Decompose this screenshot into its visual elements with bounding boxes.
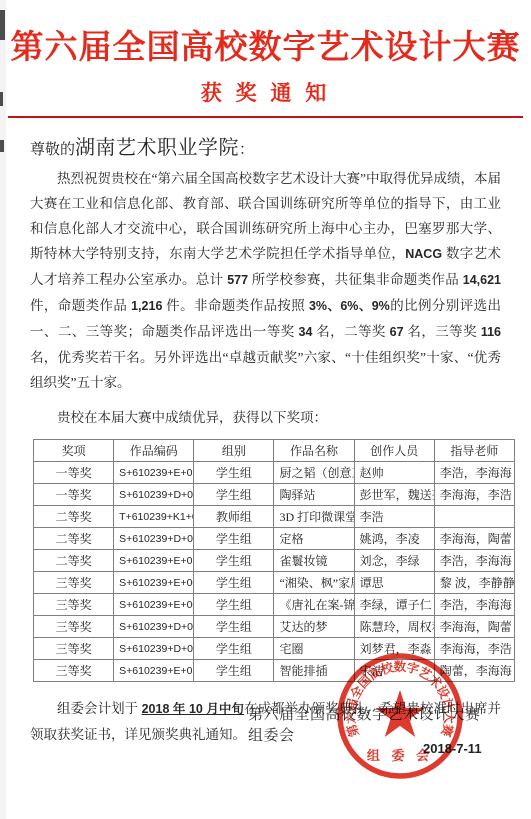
table-row: 二等奖S+610239+E+011学生组雀鬟妆镜刘念，李绿李浩，李海海 bbox=[34, 550, 515, 572]
awards-table-header: 奖项 作品编码 组别 作品名称 创作人员 指导老师 bbox=[34, 440, 515, 462]
table-cell: 陶驿站 bbox=[274, 484, 354, 506]
official-seal: 第六届全国高校数字艺术设计大赛 组 委 会 bbox=[330, 646, 470, 786]
table-cell: 李浩，李海海 bbox=[434, 462, 514, 484]
table-cell: 三等奖 bbox=[34, 660, 114, 682]
col-header-creators: 创作人员 bbox=[354, 440, 434, 462]
table-cell: 赵帅 bbox=[354, 462, 434, 484]
table-cell: 三等奖 bbox=[34, 616, 114, 638]
text-segment: 所学校参赛，共征集非命题类作品 bbox=[248, 272, 463, 287]
table-row: 三等奖S+610239+E+007学生组《唐礼在案-锦锦有味》喜糖礼品套装李绿，… bbox=[34, 594, 515, 616]
col-header-group: 组别 bbox=[194, 440, 274, 462]
table-cell: S+610239+E+016 bbox=[114, 660, 194, 682]
table-cell: 三等奖 bbox=[34, 594, 114, 616]
scan-edge-strip bbox=[0, 0, 6, 819]
table-row: 二等奖S+610239+D+008学生组定格姚鸿，李凌李海海，陶蕾 bbox=[34, 528, 515, 550]
table-cell: 一等奖 bbox=[34, 462, 114, 484]
table-cell: 彭世军，魏送芬 bbox=[354, 484, 434, 506]
seal-star-icon bbox=[375, 690, 424, 737]
table-cell: 学生组 bbox=[194, 638, 274, 660]
table-cell: 定格 bbox=[274, 528, 354, 550]
closing-pre: 组委会计划于 bbox=[57, 701, 142, 716]
text-segment: 67 bbox=[390, 325, 404, 339]
table-cell: 谭思 bbox=[354, 572, 434, 594]
greeting-colon: ： bbox=[239, 142, 254, 158]
table-cell: S+610239+D+005 bbox=[114, 638, 194, 660]
table-cell: 黎 波，李静静 bbox=[434, 572, 514, 594]
text-segment: 577 bbox=[227, 273, 248, 287]
table-cell: 李海海，陶蕾 bbox=[434, 616, 514, 638]
table-row: 二等奖T+610239+K1+001教师组3D 打印微课堂——理线器创新设计验证… bbox=[34, 506, 515, 528]
text-segment: 件，命题类作品 bbox=[30, 298, 131, 313]
table-row: 一等奖S+610239+D+003学生组陶驿站彭世军，魏送芬李海海，李浩 bbox=[34, 484, 515, 506]
table-cell: 学生组 bbox=[194, 572, 274, 594]
table-cell: 李海海，李浩 bbox=[434, 484, 514, 506]
col-header-advisors: 指导老师 bbox=[434, 440, 514, 462]
text-segment: 件。非命题类作品按照 bbox=[162, 298, 309, 313]
scan-artifact bbox=[0, 140, 4, 152]
text-segment: 1,216 bbox=[131, 299, 162, 313]
table-cell: 李绿，谭子仁 bbox=[354, 594, 434, 616]
table-cell: 二等奖 bbox=[34, 528, 114, 550]
table-cell: 李浩，李海海 bbox=[434, 594, 514, 616]
table-cell: S+610239+E+011 bbox=[114, 550, 194, 572]
text-segment: 116 bbox=[481, 325, 501, 339]
ceremony-date: 2018 年 10 月中旬 bbox=[142, 702, 244, 716]
col-header-work: 作品名称 bbox=[274, 440, 354, 462]
greeting-prefix: 尊敬的 bbox=[30, 142, 75, 158]
table-cell: 三等奖 bbox=[34, 572, 114, 594]
table-cell: 学生组 bbox=[194, 528, 274, 550]
table-cell: S+610239+E+003 bbox=[114, 572, 194, 594]
text-segment: 3%、6%、9% bbox=[309, 299, 390, 313]
text-segment: NACG bbox=[405, 247, 442, 261]
table-cell: 李海海，陶蕾 bbox=[434, 528, 514, 550]
table-cell: 学生组 bbox=[194, 484, 274, 506]
seal-bottom-text: 组 委 会 bbox=[367, 748, 433, 763]
table-cell bbox=[434, 506, 514, 528]
greeting-line: 尊敬的湖南艺术职业学院： bbox=[30, 131, 501, 160]
table-cell: 《唐礼在案-锦锦有味》喜糖礼品套装 bbox=[274, 594, 354, 616]
table-cell: 姚鸿，李凌 bbox=[354, 528, 434, 550]
table-cell: 教师组 bbox=[194, 506, 274, 528]
table-cell: 三等奖 bbox=[34, 638, 114, 660]
table-cell: 二等奖 bbox=[34, 550, 114, 572]
table-cell: 陈慧玲，周权利 bbox=[354, 616, 434, 638]
text-segment: 34 bbox=[299, 325, 313, 339]
col-header-code: 作品编码 bbox=[114, 440, 194, 462]
table-cell: 刘念，李绿 bbox=[354, 550, 434, 572]
table-cell: T+610239+K1+001 bbox=[114, 506, 194, 528]
table-cell: 李浩，李海海 bbox=[434, 550, 514, 572]
table-cell: 厨之韬（创意刀架） bbox=[274, 462, 354, 484]
text-segment: 名，二等奖 bbox=[312, 324, 389, 339]
table-row: 三等奖S+610239+D+007学生组艾达的梦陈慧玲，周权利李海海，陶蕾 bbox=[34, 616, 515, 638]
text-segment: 14,621 bbox=[463, 273, 501, 287]
table-row: 一等奖S+610239+E+010学生组厨之韬（创意刀架）赵帅李浩，李海海 bbox=[34, 462, 515, 484]
table-cell: 学生组 bbox=[194, 594, 274, 616]
award-notice-document: 第六届全国高校数字艺术设计大赛 获 奖 通 知 尊敬的湖南艺术职业学院： 热烈祝… bbox=[0, 0, 531, 819]
school-name: 湖南艺术职业学院 bbox=[75, 137, 239, 159]
table-cell: 李浩 bbox=[354, 506, 434, 528]
table-cell: S+610239+D+003 bbox=[114, 484, 194, 506]
table-cell: 学生组 bbox=[194, 660, 274, 682]
table-cell: 一等奖 bbox=[34, 484, 114, 506]
document-title: 第六届全国高校数字艺术设计大赛 bbox=[10, 26, 521, 67]
scan-artifact bbox=[0, 92, 3, 106]
table-cell: 二等奖 bbox=[34, 506, 114, 528]
text-segment: 名，优秀奖若干名。另外评选出“卓越贡献奖”六家、“十佳组织奖”十家、“优秀组织奖… bbox=[30, 350, 501, 390]
title-divider bbox=[8, 116, 523, 118]
scan-artifact bbox=[0, 10, 5, 40]
table-cell: “湘染、枫”家居产品设计 bbox=[274, 572, 354, 594]
table-cell: 雀鬟妆镜 bbox=[274, 550, 354, 572]
table-cell: 学生组 bbox=[194, 462, 274, 484]
table-cell: 学生组 bbox=[194, 550, 274, 572]
document-subtitle: 获 奖 通 知 bbox=[10, 77, 521, 107]
table-cell: 学生组 bbox=[194, 616, 274, 638]
intro-paragraph: 热烈祝贺贵校在“第六届全国高校数字艺术设计大赛”中取得优异成绩，本届大赛在工业和… bbox=[30, 166, 501, 395]
table-cell: S+610239+D+008 bbox=[114, 528, 194, 550]
table-row: 三等奖S+610239+E+003学生组“湘染、枫”家居产品设计谭思黎 波，李静… bbox=[34, 572, 515, 594]
table-cell: 3D 打印微课堂——理线器创新设计验证 bbox=[274, 506, 354, 528]
col-header-award: 奖项 bbox=[34, 440, 114, 462]
table-cell: 艾达的梦 bbox=[274, 616, 354, 638]
awards-intro-paragraph: 贵校在本届大赛中成绩优异，获得以下奖项： bbox=[30, 405, 501, 430]
table-cell: S+610239+D+007 bbox=[114, 616, 194, 638]
table-cell: S+610239+E+010 bbox=[114, 462, 194, 484]
header-row: 奖项 作品编码 组别 作品名称 创作人员 指导老师 bbox=[34, 440, 515, 462]
text-segment: 名，三等奖 bbox=[404, 324, 481, 339]
table-cell: S+610239+E+007 bbox=[114, 594, 194, 616]
